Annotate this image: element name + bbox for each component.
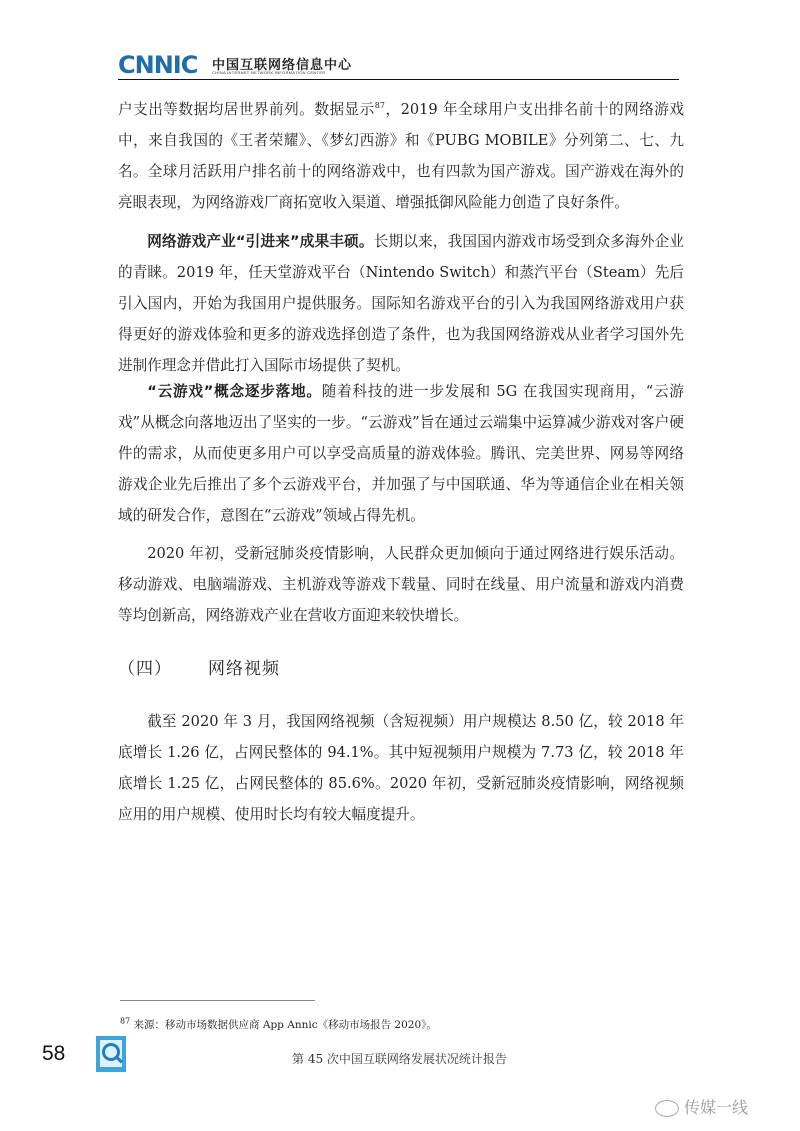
section-paragraph-text: 截至 2020 年 3 月，我国网络视频（含短视频）用户规模达 8.50 亿，较… xyxy=(118,713,684,823)
header-divider xyxy=(118,79,679,80)
footnote: 87 来源：移动市场数据供应商 App Annic《移动市场报告 2020》。 xyxy=(120,1017,437,1032)
p3-text: 随着科技的进一步发展和 5G 在我国实现商用，“云游戏”从概念向落地迈出了坚实的… xyxy=(118,383,684,524)
footnote-text: 来源：移动市场数据供应商 App Annic《移动市场报告 2020》。 xyxy=(134,1019,437,1031)
p4-text: 2020 年初，受新冠肺炎疫情影响，人民群众更加倾向于通过网络进行娱乐活动。移动… xyxy=(118,545,684,624)
section-paragraph: 截至 2020 年 3 月，我国网络视频（含短视频）用户规模达 8.50 亿，较… xyxy=(118,706,684,830)
footnote-ref[interactable]: 87 xyxy=(375,101,385,110)
section-heading: （四）网络视频 xyxy=(118,654,280,679)
logo-english-name: CHINA INTERNET NETWORK INFORMATION CENTE… xyxy=(212,70,326,75)
watermark: 传媒一线 xyxy=(655,1095,748,1118)
paragraph-1: 户支出等数据均居世界前列。数据显示87，2019 年全球用户支出排名前十的网络游… xyxy=(118,94,684,218)
paragraph-2: 网络游戏产业“引进来”成果丰硕。长期以来，我国国内游戏市场受到众多海外企业的青睐… xyxy=(118,226,684,381)
paragraph-3: “云游戏”概念逐步落地。随着科技的进一步发展和 5G 在我国实现商用，“云游戏”… xyxy=(118,376,684,531)
paragraph-4: 2020 年初，受新冠肺炎疫情影响，人民群众更加倾向于通过网络进行娱乐活动。移动… xyxy=(118,538,684,631)
watermark-text: 传媒一线 xyxy=(684,1098,748,1117)
page-number: 58 xyxy=(42,1042,65,1066)
page-header: CNNIC 中国互联网络信息中心 CHINA INTERNET NETWORK … xyxy=(118,50,678,80)
section-number: （四） xyxy=(118,654,208,679)
cnnic-logo: CNNIC xyxy=(118,53,197,77)
p1-text-a: 户支出等数据均居世界前列。数据显示 xyxy=(118,101,375,118)
report-title: 第 45 次中国互联网络发展状况统计报告 xyxy=(292,1050,507,1067)
p2-lead: 网络游戏产业“引进来”成果丰硕。 xyxy=(147,233,374,250)
footnote-marker: 87 xyxy=(120,1017,130,1026)
p3-lead: “云游戏”概念逐步落地。 xyxy=(147,383,322,400)
section-title: 网络视频 xyxy=(208,659,280,679)
footnote-divider xyxy=(120,1000,315,1001)
search-report-icon xyxy=(96,1036,126,1072)
wechat-icon xyxy=(655,1100,679,1117)
p2-text: 长期以来，我国国内游戏市场受到众多海外企业的青睐。2019 年，任天堂游戏平台（… xyxy=(118,233,684,374)
